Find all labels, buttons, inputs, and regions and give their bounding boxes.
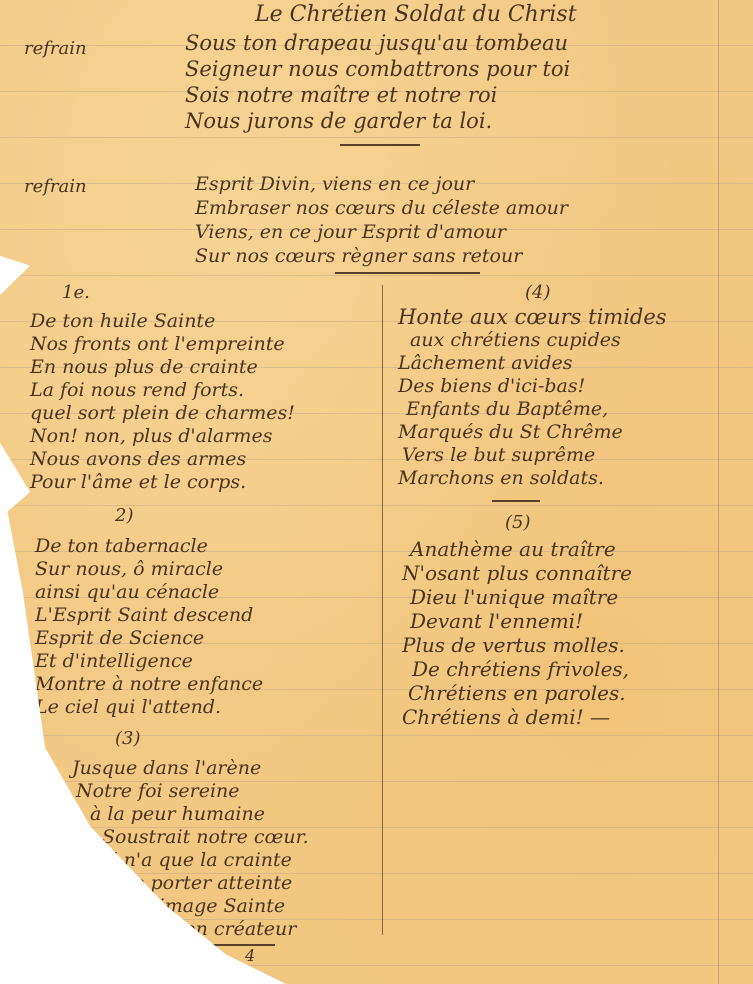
verse-line: Chrétiens à demi! — [402, 705, 632, 729]
verse-line: Marchons en soldats. [398, 467, 667, 490]
verse-line: Embraser nos cœurs du céleste amour [195, 196, 568, 220]
divider-rule [492, 500, 540, 502]
stanza-block: Jusque dans l'arène Notre foi sereine à … [72, 757, 309, 941]
verse-line: Plus de vertus molles. [402, 633, 632, 657]
page-number: 4 [245, 946, 255, 965]
page-title: Le Chrétien Soldat du Christ [255, 2, 577, 27]
stanza-number: (4) [525, 282, 551, 303]
verse-line: Chrétiens en paroles. [402, 681, 632, 705]
verse-line: Jusque dans l'arène [72, 757, 309, 780]
refrain-block: Esprit Divin, viens en ce jour Embraser … [195, 172, 568, 268]
verse-line: Pour l'âme et le corps. [30, 471, 295, 494]
stanza-number: (3) [115, 728, 141, 749]
verse-line: Esprit de Science [35, 627, 263, 650]
verse-line: De chrétiens frivoles, [402, 657, 632, 681]
verse-line: Il n'a que la crainte [72, 849, 309, 872]
verse-line: Sous ton drapeau jusqu'au tombeau [185, 30, 570, 56]
verse-line: Montre à notre enfance [35, 673, 263, 696]
verse-line: De ton créateur [72, 918, 309, 941]
verse-line: Lâchement avides [398, 352, 667, 375]
verse-line: La foi nous rend forts. [30, 379, 295, 402]
verse-line: En nous plus de crainte [30, 356, 295, 379]
verse-line: Nous avons des armes [30, 448, 295, 471]
verse-line: Notre foi sereine [72, 780, 309, 803]
refrain-label: refrain [24, 38, 87, 59]
verse-line: N'osant plus connaître [402, 561, 632, 585]
verse-line: Et d'intelligence [35, 650, 263, 673]
verse-line: Sois notre maître et notre roi [185, 82, 570, 108]
divider-rule [185, 944, 275, 946]
verse-line: aux chrétiens cupides [398, 329, 667, 352]
verse-line: Des biens d'ici-bas! [398, 375, 667, 398]
verse-line: quel sort plein de charmes! [30, 402, 295, 425]
verse-line: Sur nous, ô miracle [35, 558, 263, 581]
verse-line: De ton huile Sainte [30, 310, 295, 333]
refrain-label: refrain [24, 176, 87, 197]
verse-line: Esprit Divin, viens en ce jour [195, 172, 568, 196]
verse-line: Honte aux cœurs timides [398, 306, 667, 329]
verse-line: Nous jurons de garder ta loi. [185, 108, 570, 134]
divider-rule [335, 272, 480, 274]
column-divider [382, 285, 383, 935]
verse-line: Enfants du Baptême, [398, 398, 667, 421]
verse-line: Seigneur nous combattrons pour toi [185, 56, 570, 82]
verse-line: Devant l'ennemi! [402, 609, 632, 633]
stanza-block: De ton huile Sainte Nos fronts ont l'emp… [30, 310, 295, 494]
verse-line: Le ciel qui l'attend. [35, 696, 263, 719]
refrain-block: Sous ton drapeau jusqu'au tombeau Seigne… [185, 30, 570, 134]
stanza-number: (5) [505, 512, 531, 533]
verse-line: Anathème au traître [402, 537, 632, 561]
verse-line: Nos fronts ont l'empreinte [30, 333, 295, 356]
verse-line: ainsi qu'au cénacle [35, 581, 263, 604]
verse-line: Dieu l'unique maître [402, 585, 632, 609]
verse-line: De ton tabernacle [35, 535, 263, 558]
stanza-number: 2) [115, 505, 133, 526]
verse-line: L'Esprit Saint descend [35, 604, 263, 627]
verse-line: De porter atteinte [72, 872, 309, 895]
verse-line: à l'image Sainte [72, 895, 309, 918]
stanza-number: 1e. [62, 282, 90, 303]
stanza-block: Honte aux cœurs timides aux chrétiens cu… [398, 306, 667, 490]
verse-line: Non! non, plus d'alarmes [30, 425, 295, 448]
margin-line [718, 0, 719, 984]
verse-line: Soustrait notre cœur. [72, 826, 309, 849]
manuscript-page: Le Chrétien Soldat du Christ refrain Sou… [0, 0, 753, 984]
verse-line: Vers le but suprême [398, 444, 667, 467]
verse-line: à la peur humaine [72, 803, 309, 826]
verse-line: Sur nos cœurs règner sans retour [195, 244, 568, 268]
verse-line: Marqués du St Chrême [398, 421, 667, 444]
stanza-block: De ton tabernacle Sur nous, ô miracle ai… [35, 535, 263, 719]
divider-rule [340, 144, 420, 146]
stanza-block: Anathème au traître N'osant plus connaît… [402, 537, 632, 729]
verse-line: Viens, en ce jour Esprit d'amour [195, 220, 568, 244]
